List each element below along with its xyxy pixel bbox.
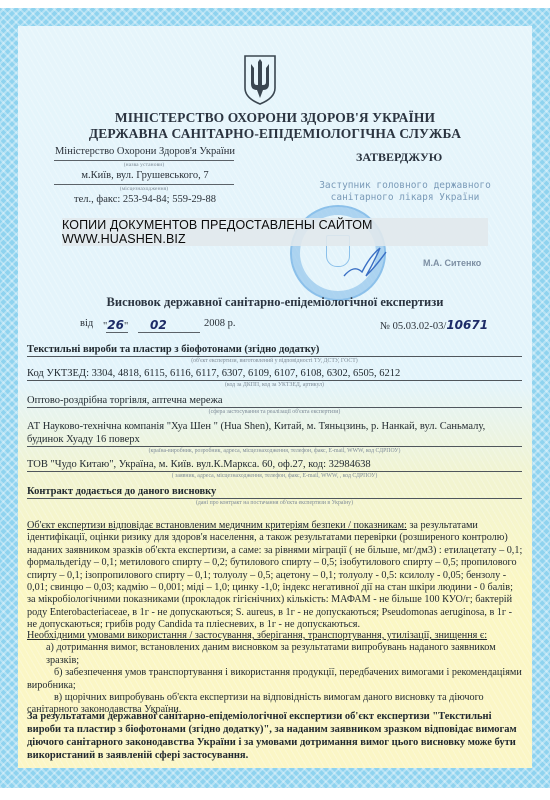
field-manufacturer-caption: (країна-виробник, розробник, адреса, міс…: [27, 448, 522, 454]
field-manufacturer: АТ Науково-технічна компанія "Хуа Шен " …: [27, 420, 522, 446]
issuer-address-rule: [54, 184, 234, 185]
field-applicant-rule: [27, 471, 522, 472]
compliance-lead: Об'єкт експертизи відповідає встановлени…: [27, 520, 407, 531]
approval-label: ЗАТВЕРДЖУЮ: [356, 150, 442, 165]
field-contract: Контракт додається до даного висновку: [27, 485, 522, 498]
service-heading: ДЕРЖАВНА САНІТАРНО-ЕПІДЕМІОЛОГІЧНА СЛУЖБ…: [0, 126, 550, 142]
field-product-caption: (об'єкт експертизи, виготовлений у відпо…: [27, 358, 522, 364]
date-month-rule: [138, 332, 200, 333]
ministry-heading: МІНІСТЕРСТВО ОХОРОНИ ЗДОРОВ'Я УКРАЇНИ: [0, 110, 550, 126]
approver-position: Заступник головного державного санітарно…: [290, 180, 520, 204]
date-month-field: 02: [150, 318, 167, 332]
document-number-field: № 05.03.02-03/10671: [380, 318, 488, 332]
field-contract-rule: [27, 498, 522, 499]
conditions-block: Необхідними умовами використання / засто…: [27, 630, 523, 717]
document-title: Висновок державної санітарно-епідеміолог…: [0, 295, 550, 310]
issuer-phone: тел., факс: 253-94-84; 559-29-88: [40, 194, 250, 205]
issuer-address-caption: (місцезнаходження): [54, 186, 234, 192]
condition-item: а) дотримання вимог, встановлених даним …: [27, 642, 523, 667]
compliance-paragraph: Об'єкт експертизи відповідає встановлени…: [27, 520, 523, 632]
field-scope-caption: (сфера застосування та реалізації об'єкт…: [27, 409, 522, 415]
date-prefix: від: [80, 318, 93, 329]
field-applicant: ТОВ "Чудо Китаю", Україна, м. Київ. вул.…: [27, 458, 522, 471]
date-day-rule: [106, 332, 128, 333]
issuer-address: м.Київ, вул. Грушевського, 7: [40, 170, 250, 181]
conditions-lead: Необхідними умовами використання / засто…: [27, 630, 523, 642]
date-day-field: "26": [103, 318, 128, 332]
field-product-rule: [27, 356, 522, 357]
issuer-name-caption: (назва установи): [54, 162, 234, 168]
date-year: 2008 р.: [204, 318, 236, 329]
final-conclusion: За результатами державної санітарно-епід…: [27, 710, 523, 762]
field-applicant-caption: ( заявник, адреса, місцезнаходження, тел…: [27, 473, 522, 479]
field-scope-rule: [27, 407, 522, 408]
issuer-name-rule: [54, 160, 234, 161]
trident-coat-of-arms-icon: [243, 54, 277, 106]
field-manufacturer-rule: [27, 446, 522, 447]
signer-name: М.А. Ситенко: [423, 258, 481, 268]
compliance-body: за результатами ідентифікації, оцінки ри…: [27, 520, 522, 630]
field-scope: Оптово-роздрібна торгівля, аптечна мереж…: [27, 394, 522, 407]
condition-item: б) забезпечення умов транспортування і в…: [27, 667, 523, 692]
field-codes-caption: (код за ДКПП, код за УКТЗЕД, артикул): [27, 382, 522, 388]
document-number: 10671: [446, 318, 488, 332]
document-number-prefix: № 05.03.02-03/: [380, 321, 446, 332]
field-contract-caption: (дані про контракт на постачання об'єкта…: [27, 500, 522, 506]
field-codes-rule: [27, 380, 522, 381]
issuer-name: Міністерство Охорони Здоров'я України: [40, 146, 250, 157]
watermark-banner: КОПИИ ДОКУМЕНТОВ ПРЕДОСТАВЛЕНЫ САЙТОМ WW…: [62, 218, 488, 246]
date-month: 02: [150, 318, 167, 332]
date-day: 26: [107, 318, 124, 332]
signature-icon: [340, 242, 390, 282]
field-product: Текстильні вироби та пластир з біофотона…: [27, 343, 522, 356]
field-codes: Код УКТЗЕД: 3304, 4818, 6115, 6116, 6117…: [27, 367, 522, 380]
